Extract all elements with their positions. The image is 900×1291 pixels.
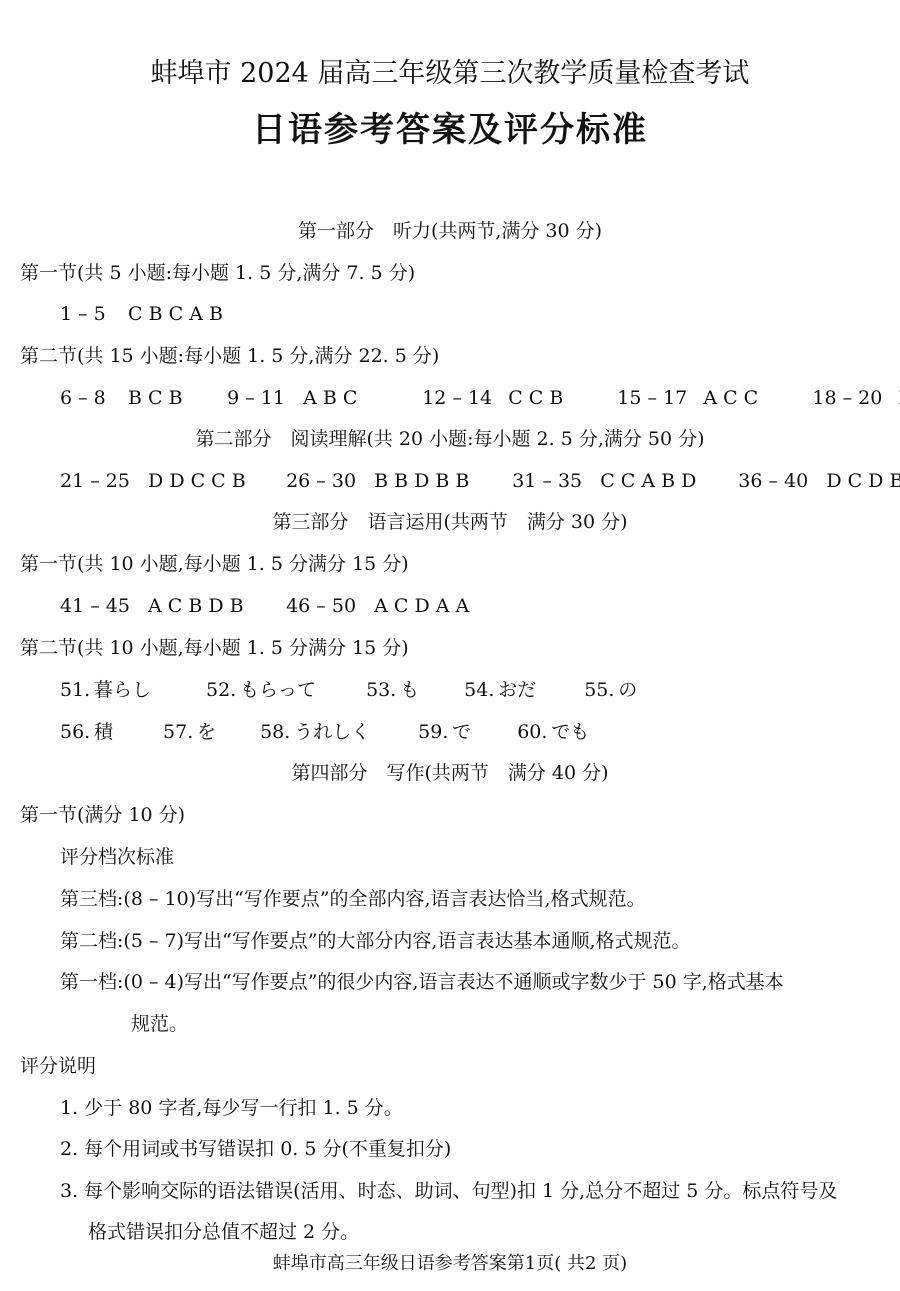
answer-text: 積: [94, 720, 113, 744]
answer-keys: A C D A A: [374, 594, 469, 618]
part3-heading: 第三部分 语言运用(共两节 满分 30 分): [0, 510, 900, 534]
part3-section2-heading: 第二节(共 10 小题,每小题 1. 5 分满分 15 分): [20, 636, 409, 660]
part1-section1-heading: 第一节(共 5 小题:每小题 1. 5 分,满分 7. 5 分): [20, 261, 415, 285]
answer-row: 56.積 57.を 58.うれしく 59.で 60.でも: [60, 720, 589, 744]
answer-number: 56.: [60, 720, 94, 744]
fill-answer: 59.で: [418, 720, 511, 744]
criteria-item: 第三档:(8 – 10)写出“写作要点”的全部内容,语言表达恰当,格式规范。: [60, 887, 646, 911]
answer-keys: C C A B D: [600, 469, 732, 493]
fill-answer: 54.おだ: [464, 678, 578, 702]
answer-text: おだ: [498, 678, 536, 702]
answer-text: でも: [551, 720, 589, 744]
fill-answer: 60.でも: [517, 720, 589, 744]
answer-range: 46 – 50: [286, 594, 368, 618]
part1-heading: 第一部分 听力(共两节,满分 30 分): [0, 219, 900, 243]
fill-answer: 51.暮らし: [60, 678, 200, 702]
criteria-item-continued: 规范。: [131, 1012, 188, 1036]
answer-number: 59.: [418, 720, 452, 744]
answer-text: も: [400, 678, 419, 702]
fill-answer: 58.うれしく: [260, 720, 412, 744]
fill-answer: 57.を: [163, 720, 254, 744]
answer-keys: D D C C B: [148, 469, 280, 493]
answer-text: を: [197, 720, 216, 744]
criteria-item: 第二档:(5 – 7)写出“写作要点”的大部分内容,语言表达基本通顺,格式规范。: [60, 929, 691, 953]
fill-answer: 56.積: [60, 720, 157, 744]
answer-row: 51.暮らし 52.もらって 53.も 54.おだ 55.の: [60, 678, 637, 702]
answer-number: 53.: [366, 678, 400, 702]
note-item: 2. 每个用词或书写错误扣 0. 5 分(不重复扣分): [60, 1137, 451, 1161]
answer-range: 15 – 17: [617, 386, 697, 410]
document-title: 日语参考答案及评分标准: [0, 118, 900, 142]
answer-range: 26 – 30: [286, 469, 368, 493]
answer-number: 55.: [584, 678, 618, 702]
answer-range: 18 – 20: [812, 386, 892, 410]
fill-answer: 52.もらって: [206, 678, 360, 702]
answer-keys: A C C: [703, 386, 806, 410]
answer-range: 21 – 25: [60, 469, 142, 493]
answer-keys: A B C: [303, 386, 416, 410]
answer-keys: C B C A B: [128, 302, 223, 326]
answer-number: 52.: [206, 678, 240, 702]
criteria-title: 评分档次标准: [60, 845, 174, 869]
answer-keys: B C B: [128, 386, 221, 410]
exam-title: 蚌埠市 2024 届高三年级第三次教学质量检查考试: [0, 62, 900, 86]
answer-range: 6 – 8: [60, 386, 122, 410]
answer-row: 6 – 8 B C B 9 – 11 A B C 12 – 14 C C B 1…: [60, 386, 900, 410]
answer-text: うれしく: [294, 720, 370, 744]
answer-number: 54.: [464, 678, 498, 702]
answer-keys: A C B D B: [148, 594, 280, 618]
answer-text: の: [618, 678, 637, 702]
note-item: 3. 每个影响交际的语法错误(活用、时态、助词、句型)扣 1 分,总分不超过 5…: [60, 1179, 837, 1203]
page-footer: 蚌埠市高三年级日语参考答案第1页( 共2 页): [0, 1252, 900, 1276]
criteria-item: 第一档:(0 – 4)写出“写作要点”的很少内容,语言表达不通顺或字数少于 50…: [60, 970, 784, 994]
note-item: 1. 少于 80 字者,每少写一行扣 1. 5 分。: [60, 1096, 403, 1120]
answer-keys: D C D B C: [826, 469, 900, 493]
answer-text: 暮らし: [94, 678, 151, 702]
answer-range: 9 – 11: [227, 386, 297, 410]
answer-range: 41 – 45: [60, 594, 142, 618]
answer-number: 51.: [60, 678, 94, 702]
answer-keys: C C B: [508, 386, 611, 410]
part1-section2-heading: 第二节(共 15 小题:每小题 1. 5 分,满分 22. 5 分): [20, 344, 439, 368]
part3-section1-heading: 第一节(共 10 小题,每小题 1. 5 分满分 15 分): [20, 552, 409, 576]
answer-keys: B B D B B: [374, 469, 506, 493]
fill-answer: 55.の: [584, 678, 637, 702]
notes-title: 评分说明: [20, 1054, 96, 1078]
answer-row: 1 – 5 C B C A B: [60, 302, 223, 326]
answer-number: 60.: [517, 720, 551, 744]
part4-heading: 第四部分 写作(共两节 满分 40 分): [0, 761, 900, 785]
answer-range: 12 – 14: [422, 386, 502, 410]
part2-heading: 第二部分 阅读理解(共 20 小题:每小题 2. 5 分,满分 50 分): [0, 427, 900, 451]
note-item-continued: 格式错误扣分总值不超过 2 分。: [88, 1220, 359, 1244]
answer-row: 41 – 45 A C B D B 46 – 50 A C D A A: [60, 594, 469, 618]
answer-range: 36 – 40: [738, 469, 820, 493]
answer-text: で: [452, 720, 471, 744]
answer-number: 57.: [163, 720, 197, 744]
answer-range: 1 – 5: [60, 302, 122, 326]
answer-range: 31 – 35: [512, 469, 594, 493]
fill-answer: 53.も: [366, 678, 458, 702]
answer-number: 58.: [260, 720, 294, 744]
answer-text: もらって: [240, 678, 316, 702]
part4-section1-heading: 第一节(满分 10 分): [20, 803, 185, 827]
answer-row: 21 – 25 D D C C B 26 – 30 B B D B B 31 –…: [60, 469, 900, 493]
